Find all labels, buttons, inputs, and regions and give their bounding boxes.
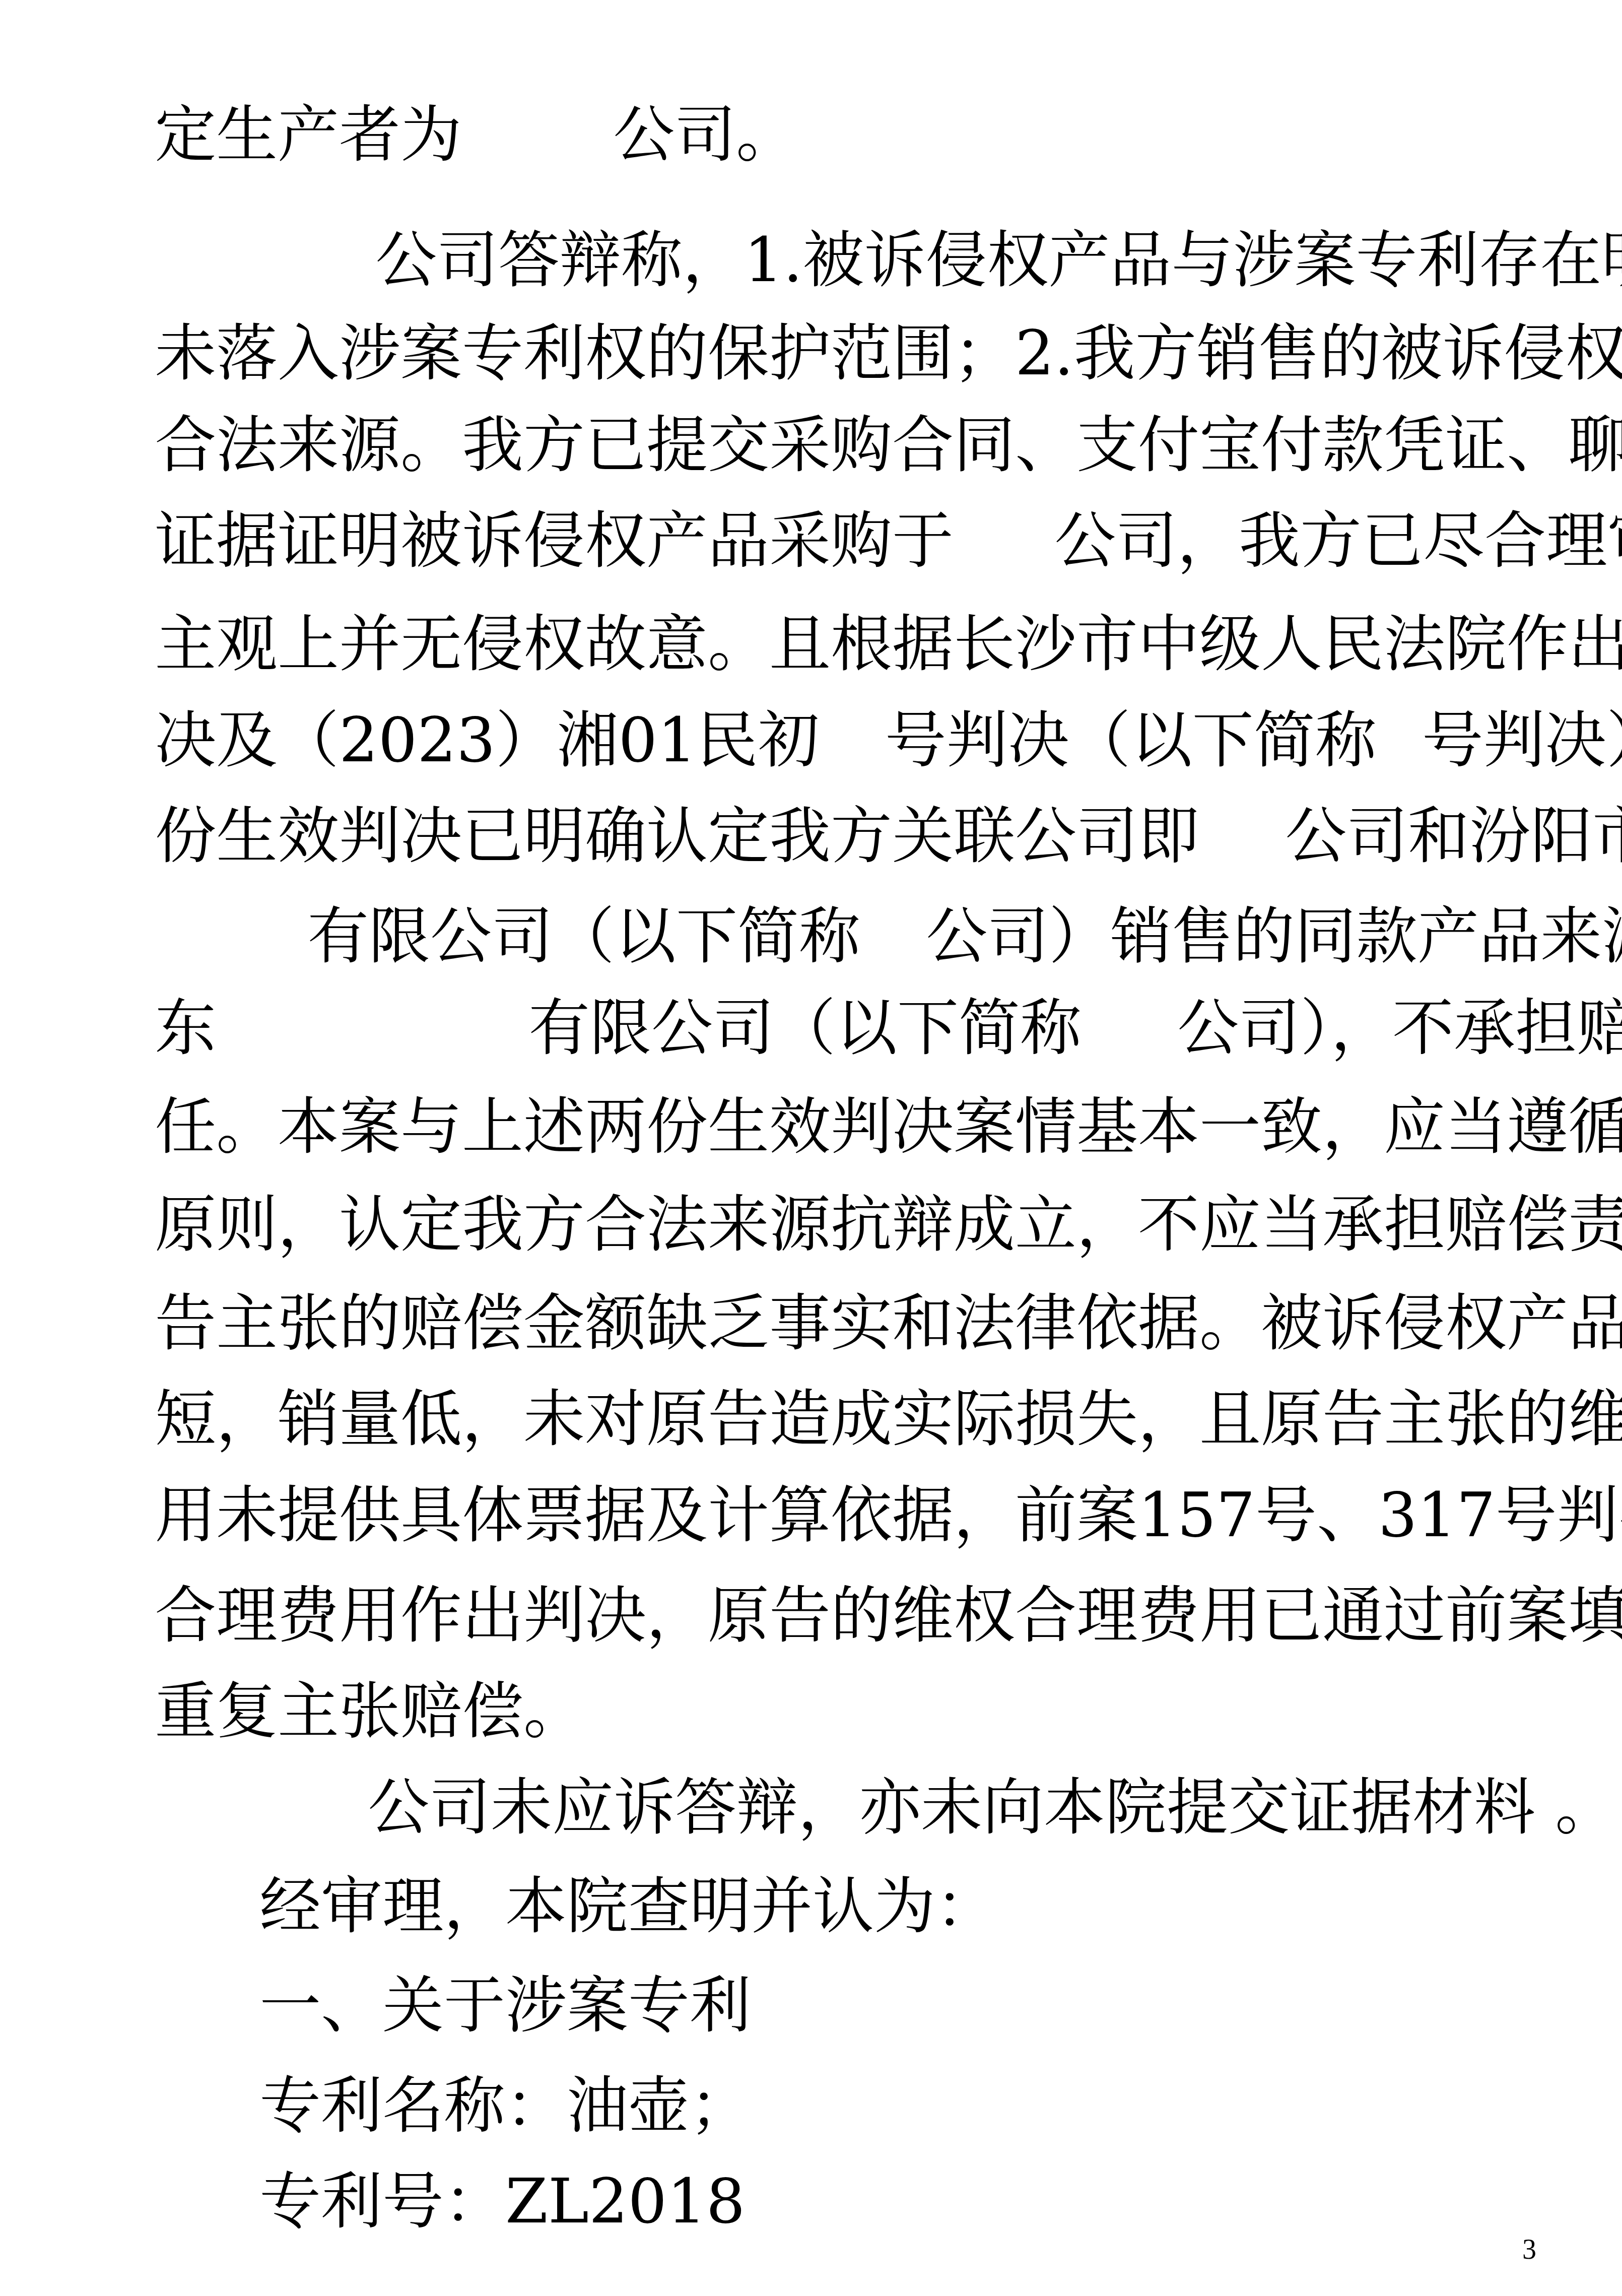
text-line-22: 专利号：ZL2018 [181, 2088, 745, 2163]
text-line-11: 任。本案与上述两份生效判决案情基本一致，应当遵循同案同判 [77, 1013, 1622, 1089]
text-line-14: 短，销量低，未对原告造成实际损失，且原告主张的维权合理费 [77, 1305, 1622, 1381]
text-line-5: 证据证明被诉侵权产品采购于公司，我方已尽合理审查义务， [77, 427, 1622, 503]
text-line-1: 定生产者为公司。 [77, 21, 797, 97]
text-line-10: 东有限公司（以下简称公司），不承担赔偿责 [77, 914, 1622, 990]
text-line-19: 经审理，本院查明并认为： [181, 1793, 997, 1868]
text-line-13: 告主张的赔偿金额缺乏事实和法律依据。被诉侵权产品销售时间 [77, 1210, 1622, 1285]
text-line-18: 公司未应诉答辩，亦未向本院提交证据材料 。 [290, 1694, 1616, 1769]
text-line-4: 合法来源。我方已提交采购合同、支付宝付款凭证、聊天记录等 [77, 332, 1622, 407]
text-line-8: 份生效判决已明确认定我方关联公司即公司和汾阳市 [77, 723, 1622, 798]
page-number: 3 [1522, 2232, 1536, 2267]
text-segment: 专利号：ZL2018 [259, 2166, 745, 2237]
text-line-2: 公司答辩称，1.被诉侵权产品与涉案专利存在明显差异， [297, 147, 1622, 222]
text-line-6: 主观上并无侵权故意。且根据长沙市中级人民法院作出的157号判 [77, 531, 1622, 606]
text-line-3: 未落入涉案专利权的保护范围；2.我方销售的被诉侵权产品具有 [77, 240, 1622, 315]
text-line-12: 原则，认定我方合法来源抗辩成立，不应当承担赔偿责任；3.原 [77, 1111, 1622, 1187]
text-line-17: 重复主张赔偿。 [77, 1598, 585, 1673]
text-line-21: 专利名称：油壶； [181, 1992, 751, 2068]
text-line-7: 决及（2023）湘01民初号判决（以下简称号判决），该两 [77, 627, 1622, 702]
document-page: 定生产者为公司。 公司答辩称，1.被诉侵权产品与涉案专利存在明显差异， 未落入涉… [0, 0, 1622, 2296]
text-line-20: 一、关于涉案专利 [181, 1892, 751, 1967]
text-line-9: 有限公司（以下简称公司）销售的同款产品来源于山 [229, 823, 1622, 898]
text-line-15: 用未提供具体票据及计算依据，前案157号、317号判决已对维权 [77, 1402, 1622, 1477]
text-line-16: 合理费用作出判决，原告的维权合理费用已通过前案填补，无权 [77, 1502, 1622, 1578]
